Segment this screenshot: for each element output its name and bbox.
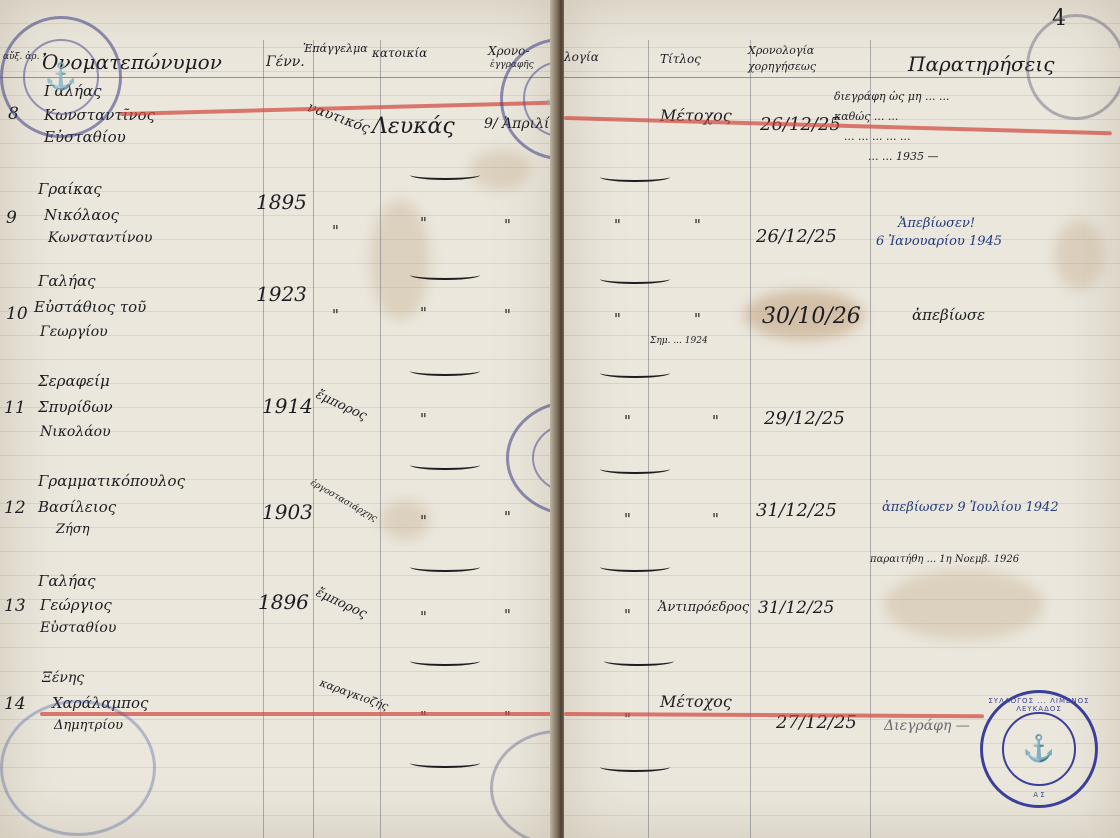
ditto-mark: " bbox=[504, 708, 511, 726]
separator-swash bbox=[410, 270, 480, 280]
ditto-mark: " bbox=[420, 708, 427, 726]
separator-swash bbox=[410, 758, 480, 768]
remarks-line: ἀπεβίωσεν 9 Ἰουλίου 1942 bbox=[882, 500, 1059, 515]
grant-date: 31/12/25 bbox=[756, 500, 837, 521]
name-line: Εὐσταθίου bbox=[40, 620, 116, 636]
ditto-mark: " bbox=[694, 310, 701, 328]
ditto-mark: " bbox=[504, 216, 511, 234]
header-date-cont: λογία bbox=[564, 50, 599, 64]
birth-year: 1903 bbox=[262, 500, 313, 524]
name-line: Εὐστάθιος τοῦ bbox=[34, 298, 146, 316]
name-line: Ξένης bbox=[42, 670, 84, 686]
profession: ἐργοστασιάρχης bbox=[309, 478, 379, 524]
ditto-mark: " bbox=[712, 412, 719, 430]
header-residence: κατοικία bbox=[372, 46, 427, 60]
separator-swash bbox=[600, 762, 670, 772]
remarks-line: ... ... ... ... ... bbox=[844, 130, 910, 143]
ditto-mark: " bbox=[624, 606, 631, 624]
name-line: Γραίκας bbox=[38, 180, 102, 198]
row-number: 12 bbox=[4, 498, 26, 518]
grant-date: 29/12/25 bbox=[764, 408, 845, 429]
header-title: Τίτλος bbox=[660, 52, 701, 66]
title: Ἀντιπρόεδρος bbox=[658, 600, 749, 615]
remarks-line: καθώς ... ... bbox=[834, 110, 898, 123]
ledger-spread: αὔξ. ἀρ. Ὀνοματεπώνυμον Γένν. Ἐπάγγελμα … bbox=[0, 0, 1120, 838]
separator-swash bbox=[600, 172, 670, 182]
right-page: λογία Τίτλος Χρονολογία χορηγήσεως Παρατ… bbox=[564, 0, 1120, 838]
row-number: 9 bbox=[6, 208, 17, 228]
remarks-line: ... ... 1935 — bbox=[868, 150, 938, 163]
ditto-mark: " bbox=[624, 412, 631, 430]
ditto-mark: " bbox=[332, 306, 339, 324]
profession: ἔμπορος bbox=[313, 387, 369, 424]
separator-swash bbox=[600, 464, 670, 474]
ditto-mark: " bbox=[504, 606, 511, 624]
ditto-mark: " bbox=[504, 508, 511, 526]
grant-date: 30/10/26 bbox=[762, 304, 861, 329]
grant-date: 26/12/25 bbox=[756, 226, 837, 247]
ditto-mark: " bbox=[614, 310, 621, 328]
profession: ἔμπορος bbox=[313, 585, 369, 622]
left-page: αὔξ. ἀρ. Ὀνοματεπώνυμον Γένν. Ἐπάγγελμα … bbox=[0, 0, 556, 838]
name-line: Γαλήας bbox=[38, 572, 96, 590]
name-line: Σεραφείμ bbox=[38, 372, 110, 390]
stamp-bottom-right: ΣΥΛΛΟΓΟΣ ... ΛΙΜΕΝΟΣ ΛΕΥΚΑΔΟΣ ⚓ Α Σ bbox=[980, 690, 1098, 808]
title: Μέτοχος bbox=[660, 692, 732, 711]
stamp-ring-text: ΣΥΛΛΟΓΟΣ ... ΛΙΜΕΝΟΣ ΛΕΥΚΑΔΟΣ bbox=[983, 697, 1095, 713]
ditto-mark: " bbox=[694, 216, 701, 234]
ditto-mark: " bbox=[420, 214, 427, 232]
grant-date: 31/12/25 bbox=[758, 598, 834, 618]
ditto-mark: " bbox=[420, 410, 427, 428]
row-number: 14 bbox=[4, 694, 26, 714]
header-profession: Ἐπάγγελμα bbox=[303, 42, 368, 55]
header-grant-date-2: χορηγήσεως bbox=[748, 60, 816, 73]
name-line: Κωνσταντίνου bbox=[48, 230, 152, 246]
name-line: Βασίλειος bbox=[38, 498, 116, 516]
title-note: Σημ. ... 1924 bbox=[650, 336, 708, 346]
header-birth-year: Γένν. bbox=[266, 54, 305, 70]
separator-swash bbox=[410, 366, 480, 376]
ditto-mark: " bbox=[614, 216, 621, 234]
name-line: Ζήση bbox=[56, 522, 89, 537]
name-line: Γραμματικόπουλος bbox=[38, 472, 185, 490]
separator-swash bbox=[410, 460, 480, 470]
remarks-line: ἀπεβίωσε bbox=[912, 306, 985, 324]
ditto-mark: " bbox=[332, 222, 339, 240]
ditto-mark: " bbox=[420, 304, 427, 322]
header-grant-date-1: Χρονολογία bbox=[748, 44, 814, 57]
anchor-icon: ⚓ bbox=[23, 39, 99, 115]
name-line: Γαλήας bbox=[38, 272, 96, 290]
birth-year: 1914 bbox=[262, 394, 313, 418]
ditto-mark: " bbox=[420, 608, 427, 626]
remarks-line: Διεγράφη — bbox=[884, 718, 970, 734]
ditto-mark: " bbox=[504, 306, 511, 324]
name-line: Σπυρίδων bbox=[38, 398, 113, 416]
birth-year: 1896 bbox=[258, 590, 309, 614]
stamp-top-right bbox=[1026, 14, 1120, 120]
row-number: 11 bbox=[4, 398, 26, 418]
anchor-icon: ⚓ bbox=[1002, 712, 1075, 785]
separator-swash bbox=[410, 562, 480, 572]
stamp-bottom-left bbox=[0, 700, 156, 836]
name-line: Γεωργίου bbox=[40, 324, 108, 340]
separator-swash bbox=[600, 562, 670, 572]
stamp-top-left: ⚓ bbox=[0, 16, 122, 138]
ditto-mark: " bbox=[420, 512, 427, 530]
separator-swash bbox=[600, 274, 670, 284]
separator-swash bbox=[600, 368, 670, 378]
separator-swash bbox=[410, 170, 480, 180]
remarks-line: 6 Ἰανουαρίου 1945 bbox=[876, 234, 1002, 249]
birth-year: 1895 bbox=[256, 190, 307, 214]
name-line: Νικόλαος bbox=[44, 206, 119, 224]
stamp-bottom-text: Α Σ bbox=[983, 791, 1095, 799]
name-line: Γεώργιος bbox=[40, 596, 112, 614]
remarks-line: Ἀπεβίωσεν! bbox=[898, 216, 975, 231]
separator-swash bbox=[604, 656, 674, 666]
residence: Λευκάς bbox=[372, 114, 455, 139]
birth-year: 1923 bbox=[256, 282, 307, 306]
row-number: 10 bbox=[6, 304, 28, 324]
name-line: Νικολάου bbox=[40, 424, 111, 440]
remarks-line: παραιτήθη ... 1η Νοεμβ. 1926 bbox=[870, 554, 1019, 565]
row-number: 13 bbox=[4, 596, 26, 616]
remarks-line: διεγράφη ὡς μη ... ... bbox=[834, 90, 949, 103]
ditto-mark: " bbox=[624, 510, 631, 528]
ditto-mark: " bbox=[712, 510, 719, 528]
separator-swash bbox=[410, 656, 480, 666]
